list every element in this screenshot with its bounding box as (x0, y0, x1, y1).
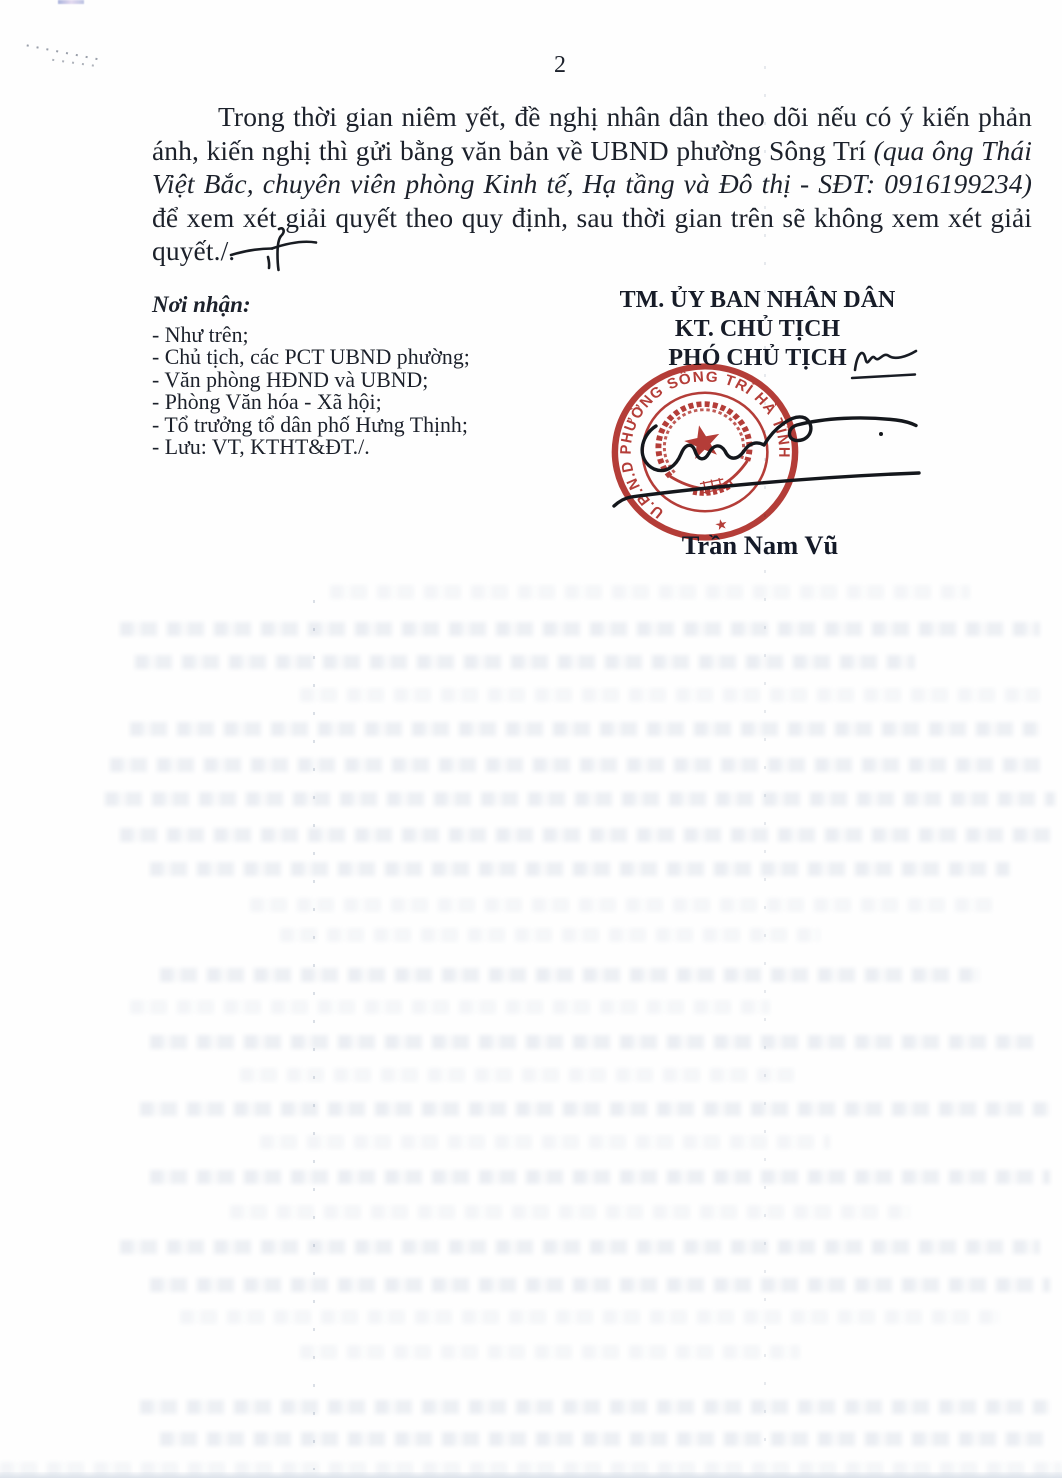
initials-flourish-ink (848, 340, 922, 384)
handwritten-paraph-mark (226, 224, 322, 276)
scan-artifact-dotted-scratch (52, 59, 98, 67)
recipient-item: - Phòng Văn hóa - Xã hội; (152, 391, 572, 413)
signer-name: Trần Nam Vũ (600, 530, 920, 561)
scan-artifact-dotted-scratch (27, 44, 106, 61)
recipient-item: - Chủ tịch, các PCT UBND phường; (152, 346, 572, 368)
recipients-heading: Nơi nhận: (152, 292, 572, 318)
scan-artifact-dotted-line-right (764, 66, 766, 1466)
recipient-item: - Lưu: VT, KTHT&ĐT./. (152, 436, 572, 458)
recipient-item: - Như trên; (152, 324, 572, 346)
sig-on-behalf-line: TM. ỦY BAN NHÂN DÂN (585, 286, 930, 315)
scan-edge-band (0, 1472, 1062, 1478)
scan-artifact-blue-mark (58, 0, 84, 4)
recipient-item: - Tổ trưởng tổ dân phố Hưng Thịnh; (152, 414, 572, 436)
recipients-block: Nơi nhận: - Như trên; - Chủ tịch, các PC… (152, 292, 572, 458)
scan-artifact-dotted-line-left (313, 600, 315, 1470)
signature-ink (598, 386, 942, 522)
scanned-document-page: 2 Trong thời gian niêm yết, đề nghị nhân… (0, 0, 1062, 1478)
recipient-item: - Văn phòng HĐND và UBND; (152, 369, 572, 391)
page-number: 2 (540, 52, 580, 79)
